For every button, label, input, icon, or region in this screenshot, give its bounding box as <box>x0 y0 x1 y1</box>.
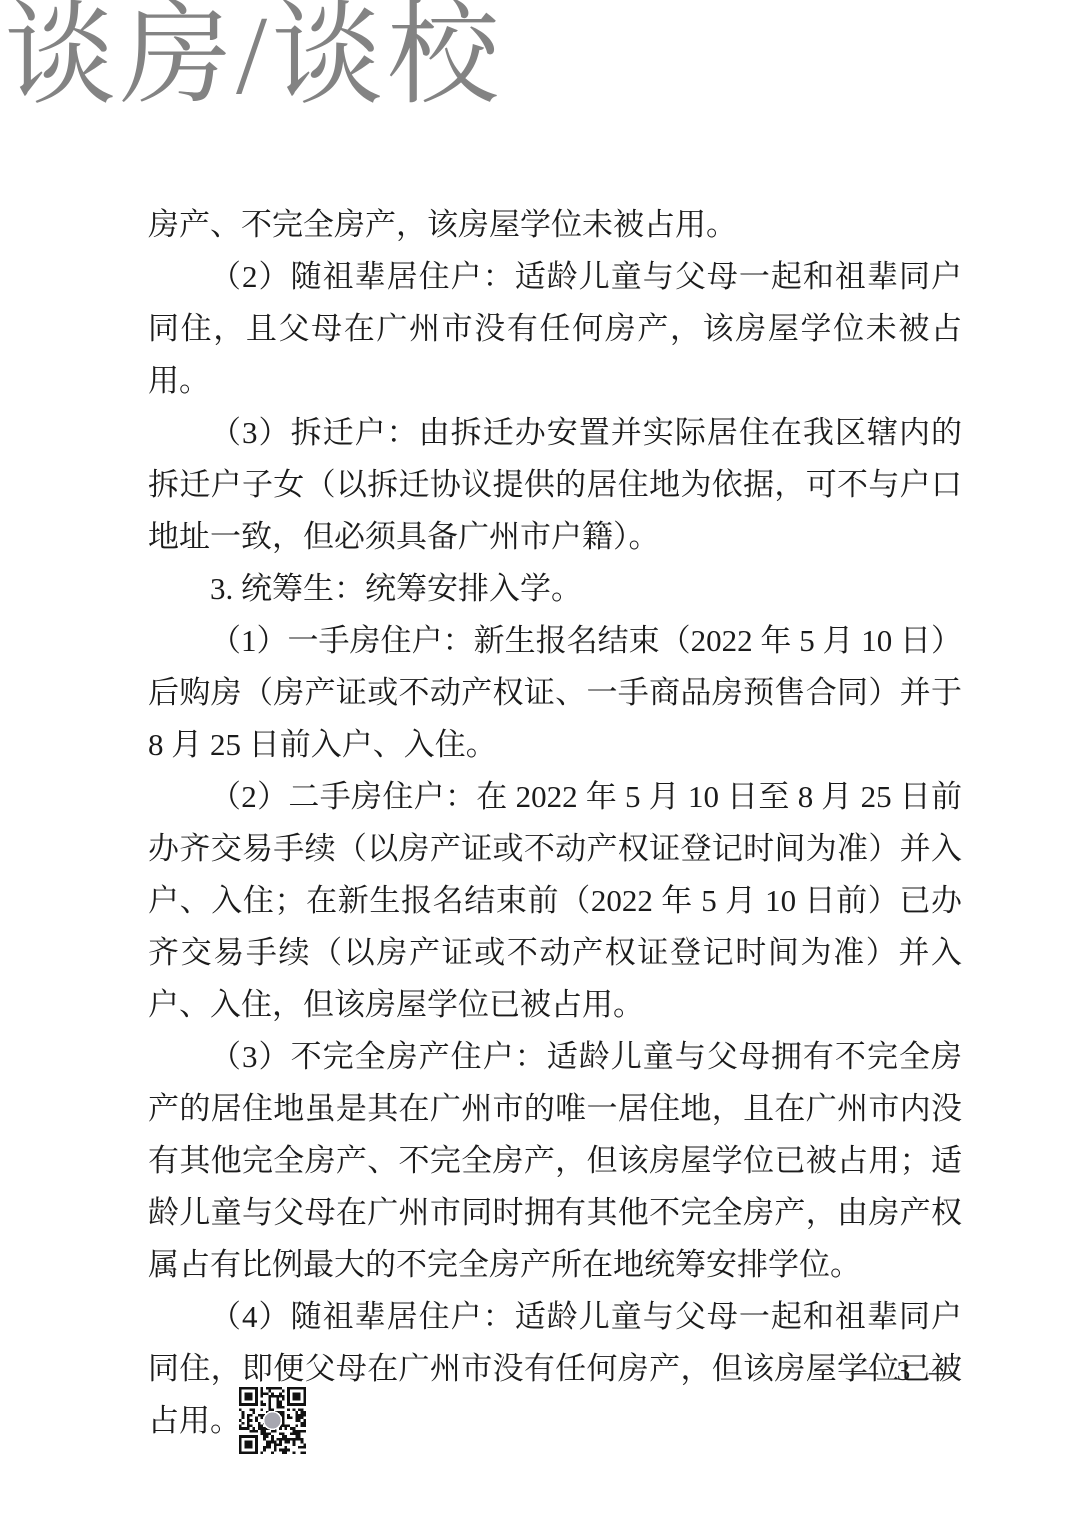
paragraph-item-3-partial-property: （3）不完全房产住户：适龄儿童与父母拥有不完全房产的居住地虽是其在广州市的唯一居… <box>148 1031 962 1291</box>
paragraph-continuation: 房产、不完全房产，该房屋学位未被占用。 <box>148 199 962 251</box>
paragraph-section-3-pooled: 3. 统筹生：统筹安排入学。 <box>148 563 962 615</box>
qr-code-svg <box>239 1387 306 1454</box>
watermark-header: 谈房/谈校 <box>4 0 503 126</box>
paragraph-item-2-grandparents: （2）随祖辈居住户：适龄儿童与父母一起和祖辈同户同住，且父母在广州市没有任何房产… <box>148 251 962 407</box>
paragraph-item-3-relocation: （3）拆迁户：由拆迁办安置并实际居住在我区辖内的拆迁户子女（以拆迁协议提供的居住… <box>148 407 962 563</box>
document-body: 房产、不完全房产，该房屋学位未被占用。 （2）随祖辈居住户：适龄儿童与父母一起和… <box>148 199 962 1447</box>
document-page: 谈房/谈校 房产、不完全房产，该房屋学位未被占用。 （2）随祖辈居住户：适龄儿童… <box>0 0 1080 1527</box>
paragraph-item-2-second-hand: （2）二手房住户：在 2022 年 5 月 10 日至 8 月 25 日前办齐交… <box>148 771 962 1031</box>
page-number: — 3 — <box>851 1356 962 1387</box>
qr-code <box>239 1387 306 1454</box>
paragraph-item-1-new-home: （1）一手房住户：新生报名结束（2022 年 5 月 10 日）后购房（房产证或… <box>148 615 962 771</box>
